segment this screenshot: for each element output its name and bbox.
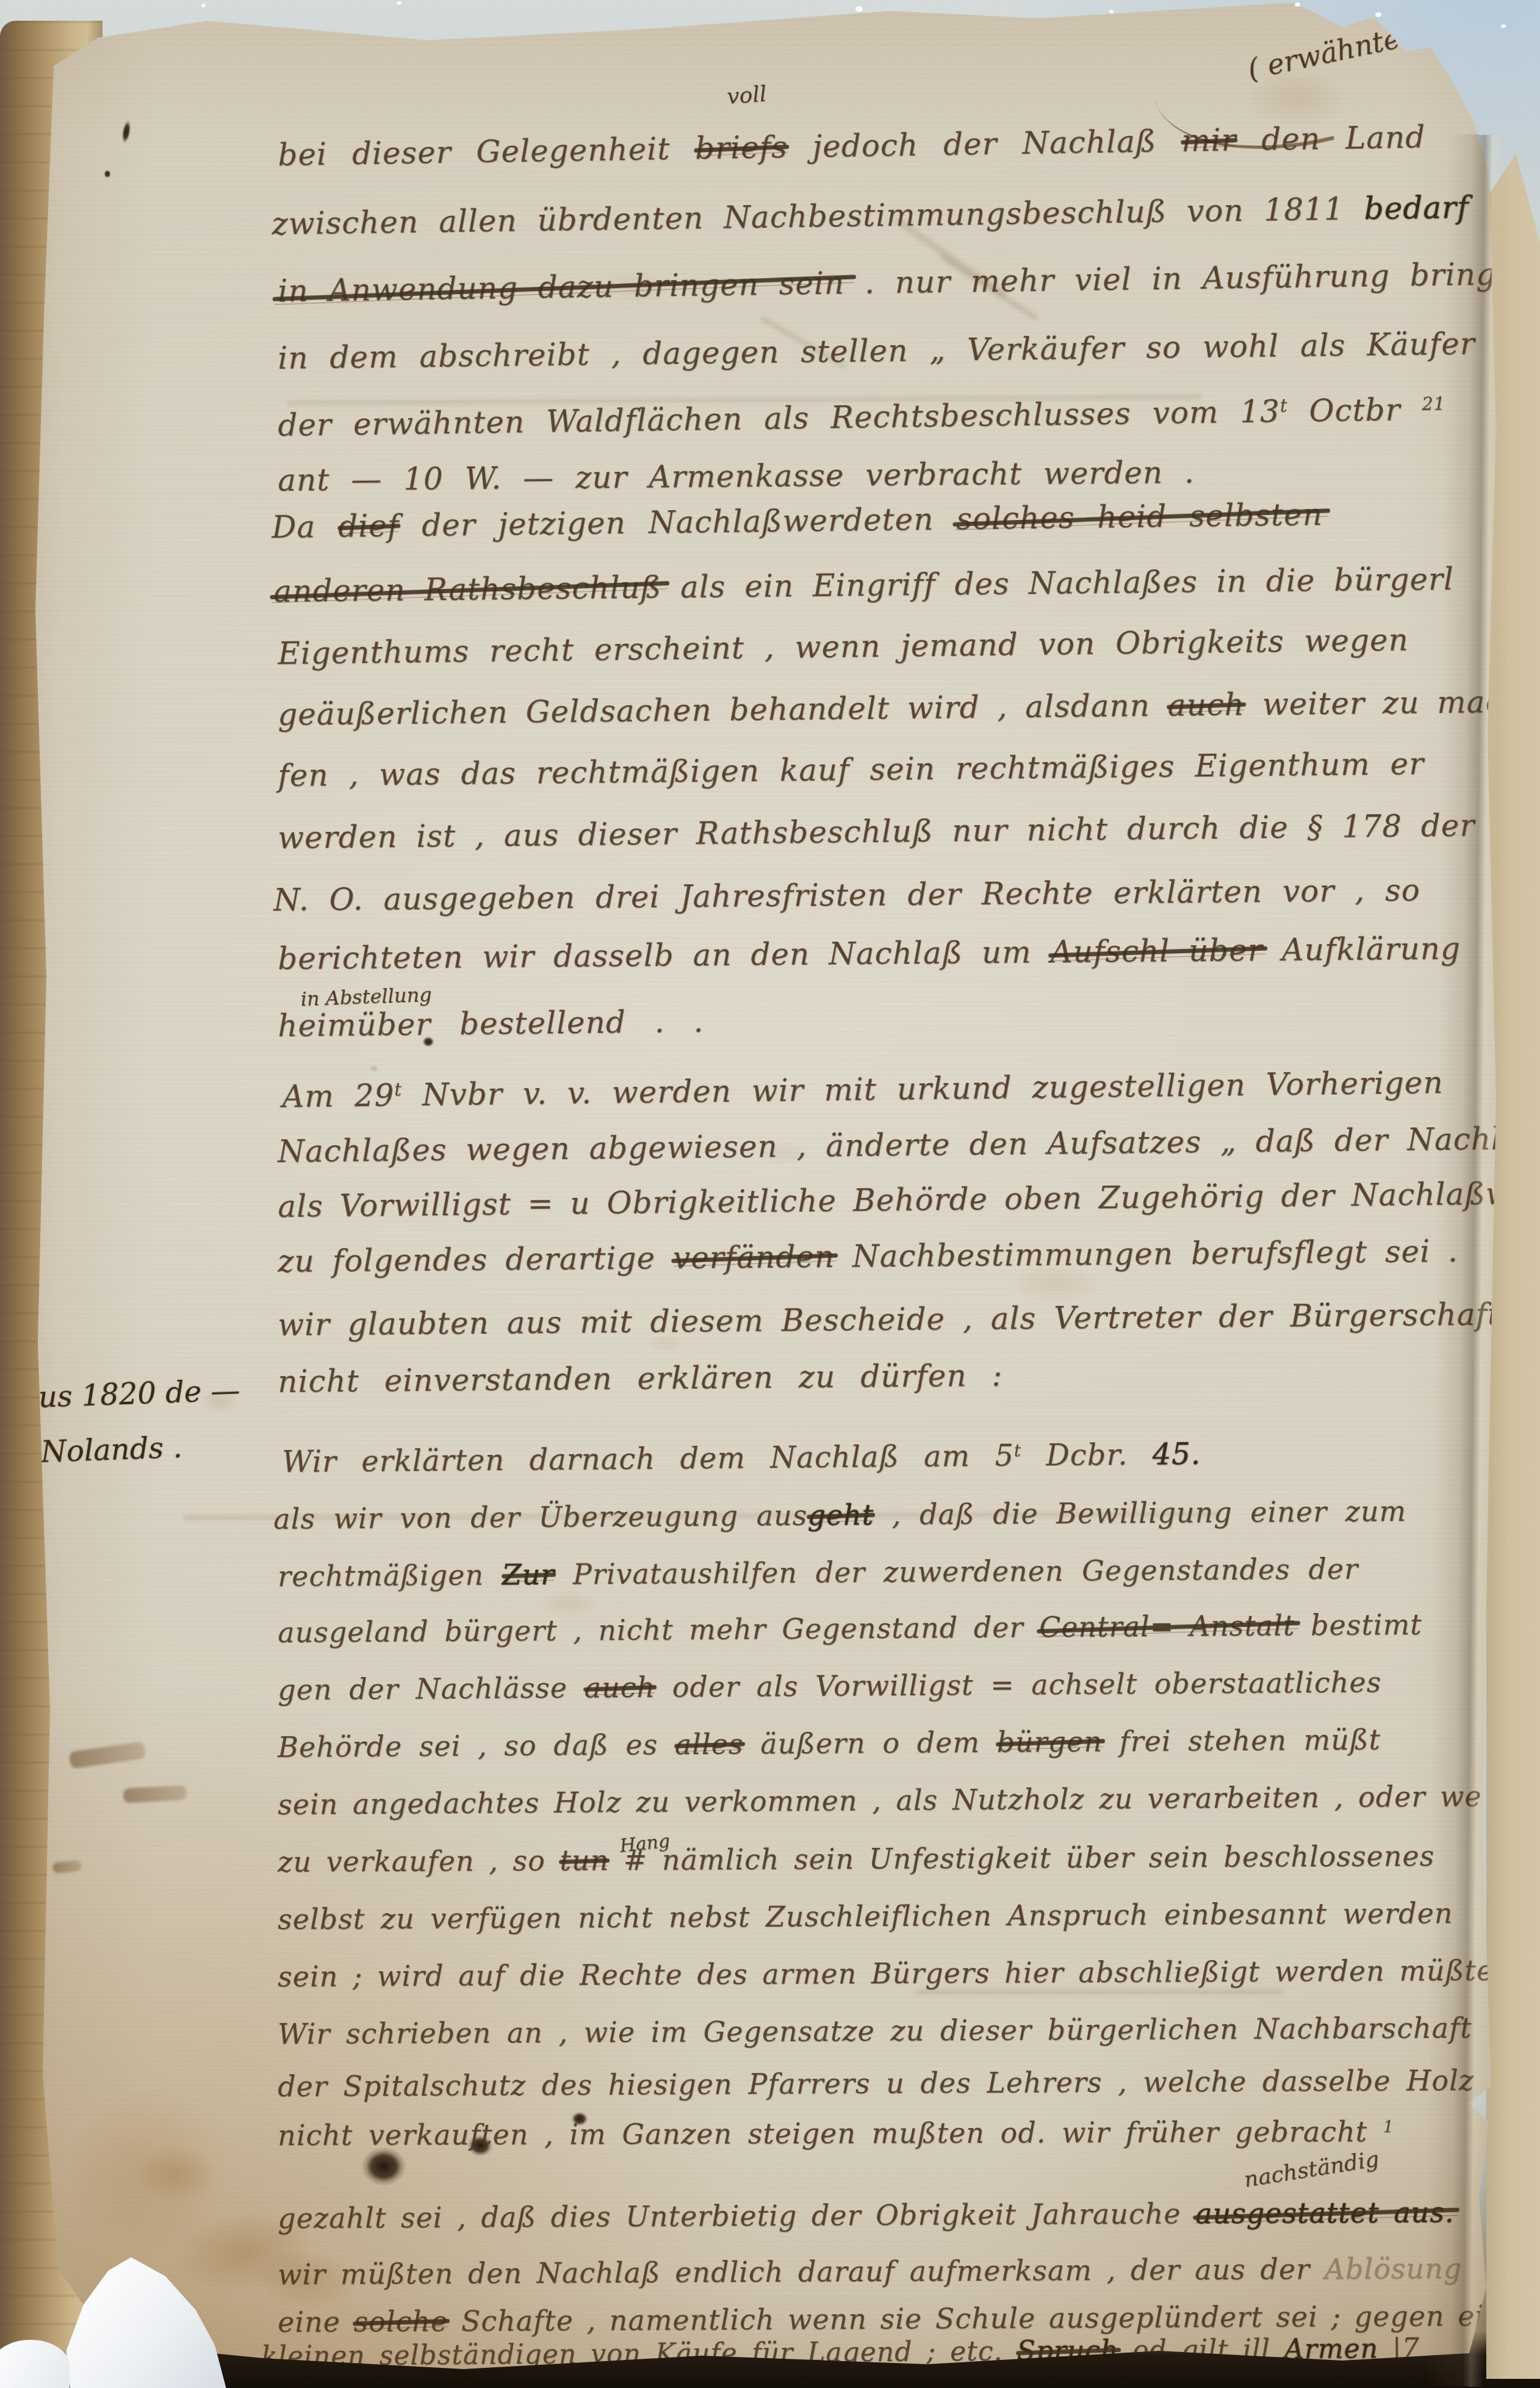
handwritten-text: frei stehen müßt (1103, 1723, 1381, 1758)
handwritten-text: in dem abschreibt , dagegen stellen „ Ve… (278, 326, 1475, 376)
handwritten-text: Nvbr v. v. werden wir mit urkund zugeste… (402, 1065, 1444, 1113)
handwritten-text: sein ; wird auf die Rechte des armen Bür… (278, 1953, 1537, 1993)
smudge-mark (69, 1742, 146, 1769)
manuscript-line: als Vorwilligst = u Obrigkeitliche Behör… (278, 1175, 1540, 1224)
struck-text: tun (560, 1844, 609, 1877)
struck-text: ausgestattet aus. (1195, 2196, 1455, 2230)
manuscript-line: geäußerlichen Geldsachen behandelt wird … (278, 684, 1540, 732)
struck-text: bürgen (996, 1725, 1103, 1759)
stain-mark (369, 1065, 379, 1072)
handwritten-text: Am 29 (282, 1078, 395, 1114)
handwritten-text: als Vorwilligst = u Obrigkeitliche Behör… (278, 1175, 1540, 1224)
manuscript-line: wir glaubten aus mit diesem Bescheide , … (278, 1297, 1500, 1343)
blot-mark (120, 119, 133, 145)
stain-mark (540, 1590, 598, 1617)
handwritten-text: der jetzigen Nachlaßwerdeten (399, 501, 957, 543)
handwritten-text: nicht einverstanden erklären zu dürfen : (278, 1358, 1003, 1399)
manuscript-line: bei dieser Gelegenheit briefs jedoch der… (278, 119, 1426, 173)
handwritten-text: Schafte , namentlich wenn sie Schule aus… (448, 2299, 1503, 2337)
handwritten-text: 21 (1422, 393, 1445, 414)
handwritten-text: zwischen allen übrdenten Nachbestimmungs… (272, 191, 1364, 242)
handwritten-text: wir müßten den Nachlaß endlich darauf au… (278, 2253, 1325, 2291)
struck-text: briefs (695, 129, 788, 166)
handwritten-text: 1 (1383, 2118, 1394, 2137)
handwritten-text: od gilt ill (1118, 2334, 1284, 2366)
ghost-mark (915, 1989, 1281, 1994)
handwritten-text: gezahlt sei , daß dies Unterbietig der O… (278, 2197, 1195, 2235)
manuscript-line: zu folgendes derartige verfänden Nachbes… (278, 1233, 1458, 1279)
handwritten-text: berichteten wir dasselb an den Nachlaß u… (278, 934, 1051, 976)
struck-text: solche (353, 2305, 448, 2339)
handwritten-text: der Spitalschutz des hiesigen Pfarrers u… (278, 2064, 1474, 2103)
handwritten-text: Nachbestimmungen berufsflegt sei . (835, 1233, 1458, 1274)
handwritten-text: eine (278, 2305, 354, 2339)
manuscript-line: kleinen selbständigen von Käufe für Lage… (261, 2333, 1420, 2372)
handwritten-text: Da (272, 509, 338, 545)
struck-text: anderen Rathsbeschluß (273, 569, 661, 609)
handwritten-text: oder als Vorwilligst = achselt oberstaat… (655, 1665, 1381, 1703)
dust-speck (201, 4, 206, 7)
handwritten-text: t (394, 1080, 402, 1100)
manuscript-line: ausgeland bürgert , nicht mehr Gegenstan… (278, 1608, 1422, 1649)
manuscript-line: Nachlaßes wegen abgewiesen , änderte den… (278, 1120, 1540, 1169)
manuscript-line: Wir schrieben an , wie im Gegensatze zu … (278, 2011, 1472, 2051)
handwritten-text: Ablösung (1325, 2252, 1463, 2285)
dust-speck (1295, 2, 1300, 7)
handwritten-text: Behörde sei , so daß es (278, 1728, 675, 1764)
struck-text: auch (1168, 687, 1245, 723)
handwritten-text: Eigenthums recht erscheint , wenn jemand… (278, 622, 1409, 671)
struck-text: dief (338, 508, 400, 544)
manuscript-line: Am 29t Nvbr v. v. werden wir mit urkund … (282, 1065, 1444, 1114)
handwritten-text: N. O. ausgegeben drei Jahresfristen der … (273, 873, 1420, 918)
manuscript-line: als wir von der Überzeugung ausgeht , da… (273, 1495, 1406, 1535)
stain-mark (67, 2087, 226, 2258)
handwritten-text: 45. (1152, 1437, 1201, 1472)
manuscript-line: zwischen allen übrdenten Nachbestimmungs… (272, 190, 1469, 242)
blot-mark (104, 170, 111, 178)
manuscript-line: N. O. ausgegeben drei Jahresfristen der … (273, 873, 1420, 918)
handwritten-text: t (1280, 395, 1288, 416)
manuscript-line: sein angedachtes Holz zu verkommen , als… (278, 1780, 1535, 1821)
handwritten-text: sein angedachtes Holz zu verkommen , als… (278, 1780, 1535, 1821)
manuscript-line: berichteten wir dasselb an den Nachlaß u… (278, 931, 1461, 976)
struck-text: auch (584, 1671, 655, 1704)
handwritten-text: kleinen selbständigen von Käufe für Lage… (261, 2336, 1017, 2372)
manuscript-line: gezahlt sei , daß dies Unterbietig der O… (278, 2196, 1455, 2235)
interlinear-insertion: in Abstellung (300, 983, 432, 1010)
struck-text: Central= Anstalt (1039, 1609, 1295, 1643)
dust-speck (1109, 10, 1114, 13)
manuscript-line: Wir erklärten darnach dem Nachlaß am 5t … (282, 1437, 1201, 1479)
manuscript-line: zu verkaufen , so tun # nämlich sein Unf… (278, 1839, 1434, 1878)
manuscript-line: selbst zu verfügen nicht nebst Zuschleif… (278, 1897, 1453, 1936)
struck-text: Aufschl über (1050, 932, 1263, 970)
handwritten-text: jedoch der Nachlaß (787, 123, 1181, 165)
margin-note: us 1820 de — (38, 1373, 240, 1415)
handwritten-text: zu folgendes derartige (278, 1240, 673, 1279)
handwritten-text: geäußerlichen Geldsachen behandelt wird … (278, 688, 1168, 732)
manuscript-line: eine solche Schafte , namentlich wenn si… (278, 2299, 1503, 2339)
manuscript-line: in dem abschreibt , dagegen stellen „ Ve… (278, 326, 1475, 376)
handwritten-text: den Land (1236, 119, 1426, 157)
manuscript-line: der erwähnten Waldflächen als Rechtsbesc… (278, 391, 1446, 443)
handwritten-text: t (1014, 1440, 1021, 1460)
handwritten-text: rechtmäßigen (278, 1558, 502, 1593)
manuscript-line: nicht verkauften , im Ganzen steigen muß… (278, 2115, 1394, 2152)
handwritten-text: bestimt (1295, 1608, 1422, 1642)
handwritten-text: ausgeland bürgert , nicht mehr Gegenstan… (278, 1611, 1039, 1649)
dust-speck (1501, 24, 1506, 28)
struck-text: verfänden (673, 1239, 835, 1275)
handwritten-text: zu verkaufen , so (278, 1844, 560, 1878)
handwritten-text: als ein Eingriff des Nachlaßes in die bü… (661, 561, 1454, 605)
handwritten-text: Dcbr. (1021, 1438, 1153, 1473)
handwritten-text: , daß die Bewilligung einer zum (874, 1495, 1406, 1531)
handwritten-text: Wir schrieben an , wie im Gegensatze zu … (278, 2011, 1472, 2051)
manuscript-line: gen der Nachlässe auch oder als Vorwilli… (278, 1665, 1381, 1706)
dust-speck (397, 1, 401, 5)
manuscript-page: bei dieser Gelegenheit briefs jedoch der… (0, 0, 1540, 2388)
struck-text: solches heid selbsten (956, 497, 1323, 536)
manuscript-line: Behörde sei , so daß es alles äußern o d… (278, 1723, 1381, 1764)
manuscript-line: Eigenthums recht erscheint , wenn jemand… (278, 622, 1409, 671)
interlinear-insertion: nachständig (1242, 2146, 1381, 2192)
struck-text: in Anwendung dazu bringen sein (278, 265, 845, 309)
handwritten-text: bedarf (1364, 190, 1469, 226)
struck-text: Zur (502, 1558, 555, 1592)
handwritten-text: heimüber bestellend . . (278, 1004, 704, 1044)
manuscript-line: in Anwendung dazu bringen sein . nur meh… (278, 256, 1515, 309)
handwritten-text: Privataushilfen der zuwerdenen Gegenstan… (555, 1553, 1358, 1591)
manuscript-line: nicht einverstanden erklären zu dürfen : (278, 1358, 1003, 1399)
handwritten-text: werden ist , aus dieser Rathsbeschluß nu… (278, 807, 1475, 856)
manuscript-line: fen , was das rechtmäßigen kauf sein rec… (278, 746, 1424, 793)
handwritten-text: Armen (1284, 2333, 1378, 2365)
smudge-mark (123, 1785, 187, 1803)
struck-text: mir (1181, 122, 1237, 158)
dust-speck (855, 6, 863, 12)
margin-note: Nolands . (40, 1430, 182, 1470)
interlinear-insertion: ( erwähnten ,) (1245, 12, 1448, 86)
handwritten-text: gen der Nachlässe (278, 1671, 585, 1706)
blot-mark (361, 2147, 406, 2186)
struck-text: Spruch (1016, 2335, 1118, 2367)
manuscript-line: wir müßten den Nachlaß endlich darauf au… (278, 2252, 1462, 2291)
manuscript-line: anderen Rathsbeschluß als ein Eingriff d… (273, 561, 1454, 609)
manuscript-line: ant — 10 W. — zur Armenkasse verbracht w… (278, 455, 1195, 498)
manuscript-line: sein ; wird auf die Rechte des armen Bür… (278, 1953, 1537, 1993)
handwritten-text: äußern o dem (743, 1726, 996, 1761)
manuscript-line: rechtmäßigen Zur Privataushilfen der zuw… (278, 1553, 1358, 1593)
handwritten-text: # nämlich sein Unfestigkeit über sein be… (609, 1839, 1434, 1877)
manuscript-line: werden ist , aus dieser Rathsbeschluß nu… (278, 807, 1475, 856)
handwritten-text: wir glaubten aus mit diesem Bescheide , … (278, 1297, 1500, 1343)
interlinear-insertion: voll (726, 81, 768, 109)
manuscript-line: der Spitalschutz des hiesigen Pfarrers u… (278, 2064, 1474, 2103)
handwritten-text: Aufklärung (1263, 931, 1461, 968)
handwritten-text: nicht verkauften , im Ganzen steigen muß… (278, 2115, 1383, 2152)
handwritten-text: fen , was das rechtmäßigen kauf sein rec… (278, 746, 1424, 793)
manuscript-line: heimüber bestellend . . (278, 1004, 704, 1044)
handwritten-text: . nur mehr viel in Ausführung bringe (844, 256, 1515, 301)
handwritten-text: als wir von der Überzeugung aus (273, 1499, 808, 1535)
struck-text: geht (807, 1498, 874, 1532)
manuscript-line: Da dief der jetzigen Nachlaßwerdeten sol… (272, 497, 1323, 545)
struck-text: alles (675, 1728, 744, 1761)
handwritten-text: ant — 10 W. — zur Armenkasse verbracht w… (278, 455, 1195, 498)
photograph-of-manuscript: bei dieser Gelegenheit briefs jedoch der… (0, 0, 1540, 2388)
smudge-mark (52, 1860, 82, 1874)
handwritten-text: Nachlaßes wegen abgewiesen , änderte den… (278, 1120, 1540, 1169)
handwritten-text: bei dieser Gelegenheit (278, 131, 696, 173)
handwritten-text: Wir erklärten darnach dem Nachlaß am 5 (282, 1439, 1014, 1479)
handwritten-text: selbst zu verfügen nicht nebst Zuschleif… (278, 1897, 1453, 1936)
dust-speck (1375, 12, 1381, 17)
handwritten-text: |7 (1378, 2333, 1420, 2364)
handwritten-text: Octbr (1287, 392, 1422, 429)
